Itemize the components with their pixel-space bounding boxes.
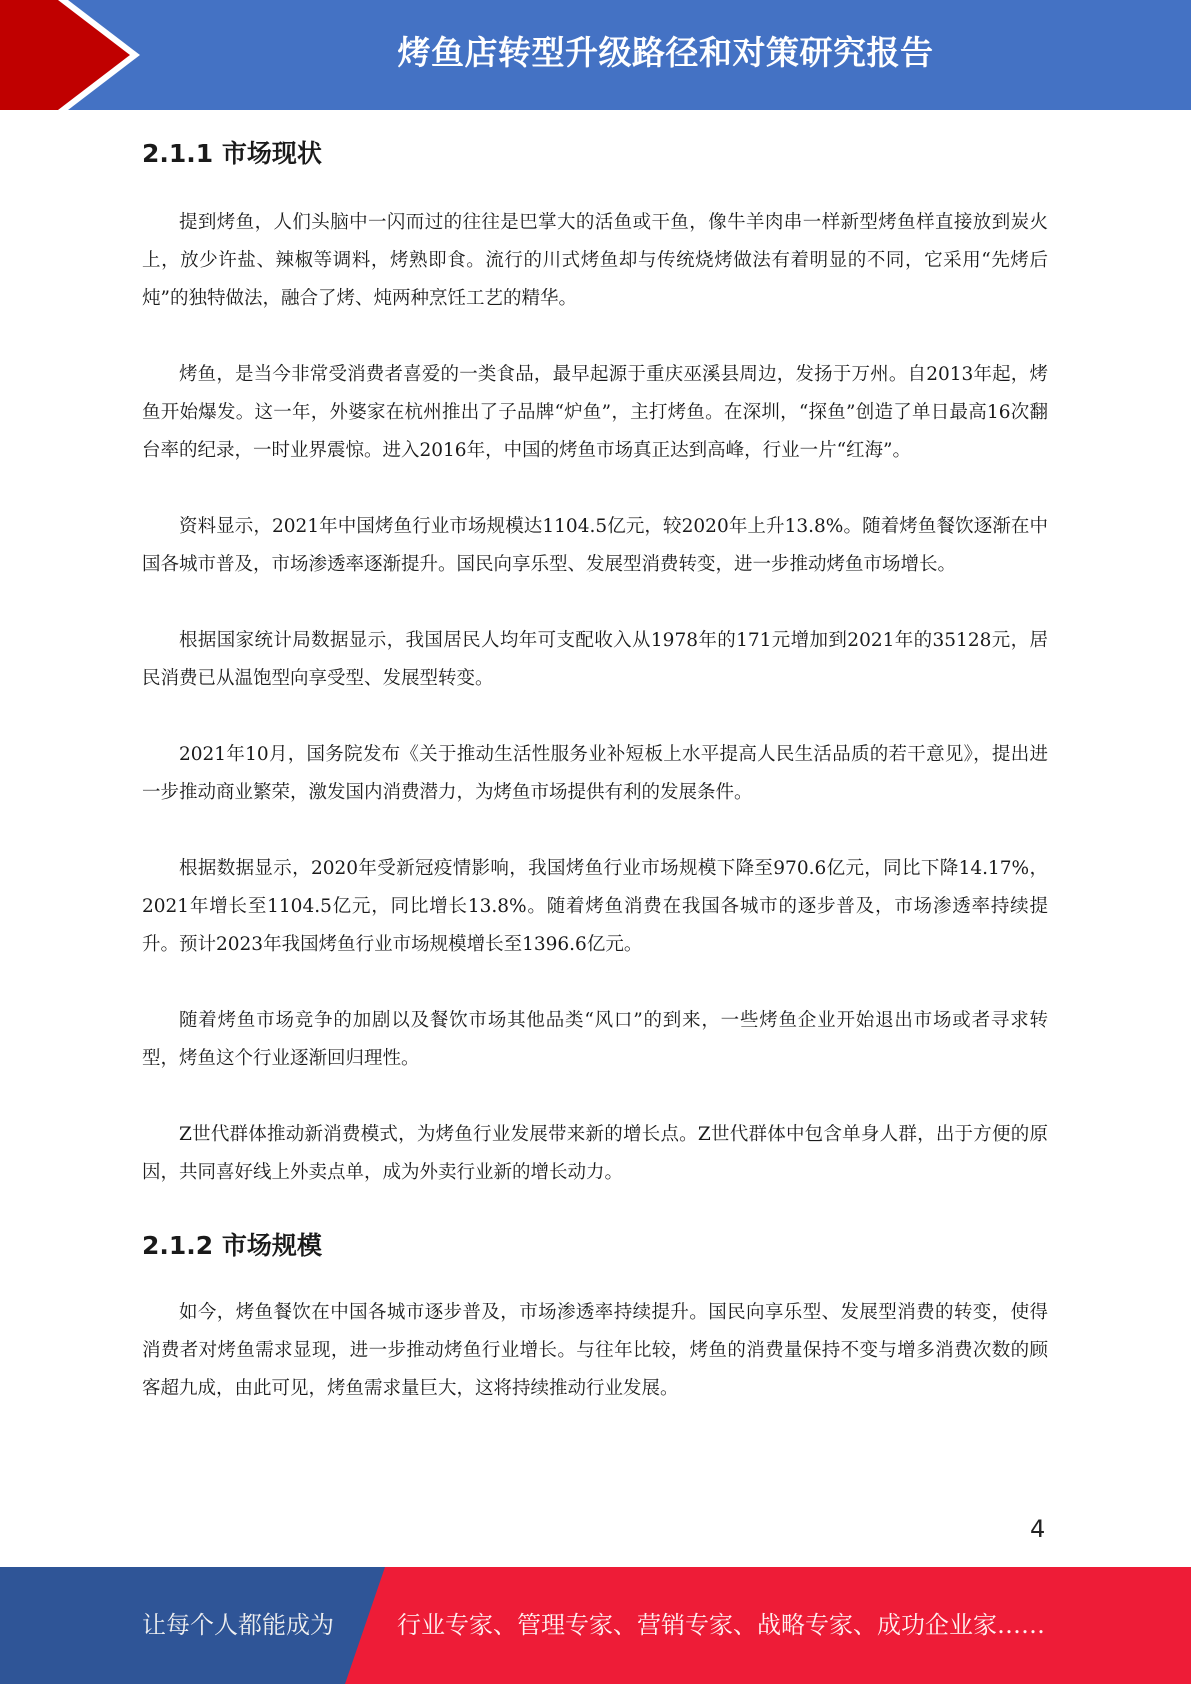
paragraph: 烤鱼，是当今非常受消费者喜爱的一类食品，最早起源于重庆巫溪县周边，发扬于万州。自… xyxy=(142,356,1048,470)
footer-banner: 让每个人都能成为 行业专家、管理专家、营销专家、战略专家、成功企业家…… xyxy=(0,1567,1191,1684)
paragraph: 随着烤鱼市场竞争的加剧以及餐饮市场其他品类“风口”的到来，一些烤鱼企业开始退出市… xyxy=(142,1002,1048,1078)
paragraph: Z世代群体推动新消费模式，为烤鱼行业发展带来新的增长点。Z世代群体中包含单身人群… xyxy=(142,1116,1048,1192)
report-header: 烤鱼店转型升级路径和对策研究报告 xyxy=(0,0,1191,110)
footer-slogan-left: 让每个人都能成为 xyxy=(142,1567,334,1684)
paragraph: 2021年10月，国务院发布《关于推动生活性服务业补短板上水平提高人民生活品质的… xyxy=(142,736,1048,812)
paragraph: 根据国家统计局数据显示，我国居民人均年可支配收入从1978年的171元增加到20… xyxy=(142,622,1048,698)
footer-slogan-right: 行业专家、管理专家、营销专家、战略专家、成功企业家…… xyxy=(397,1567,1045,1684)
report-title: 烤鱼店转型升级路径和对策研究报告 xyxy=(0,0,1191,110)
paragraph: 如今，烤鱼餐饮在中国各城市逐步普及，市场渗透率持续提升。国民向享乐型、发展型消费… xyxy=(142,1294,1048,1408)
section-heading-market-size: 2.1.2 市场规模 xyxy=(142,1224,1048,1268)
page-number: 4 xyxy=(1030,1515,1045,1543)
paragraph: 根据数据显示，2020年受新冠疫情影响，我国烤鱼行业市场规模下降至970.6亿元… xyxy=(142,850,1048,964)
paragraph: 提到烤鱼，人们头脑中一闪而过的往往是巴掌大的活鱼或干鱼，像牛羊肉串一样新型烤鱼样… xyxy=(142,204,1048,318)
section-heading-market-status: 2.1.1 市场现状 xyxy=(142,132,1048,176)
document-body: 2.1.1 市场现状 提到烤鱼，人们头脑中一闪而过的往往是巴掌大的活鱼或干鱼，像… xyxy=(142,120,1048,1408)
paragraph: 资料显示，2021年中国烤鱼行业市场规模达1104.5亿元，较2020年上升13… xyxy=(142,508,1048,584)
